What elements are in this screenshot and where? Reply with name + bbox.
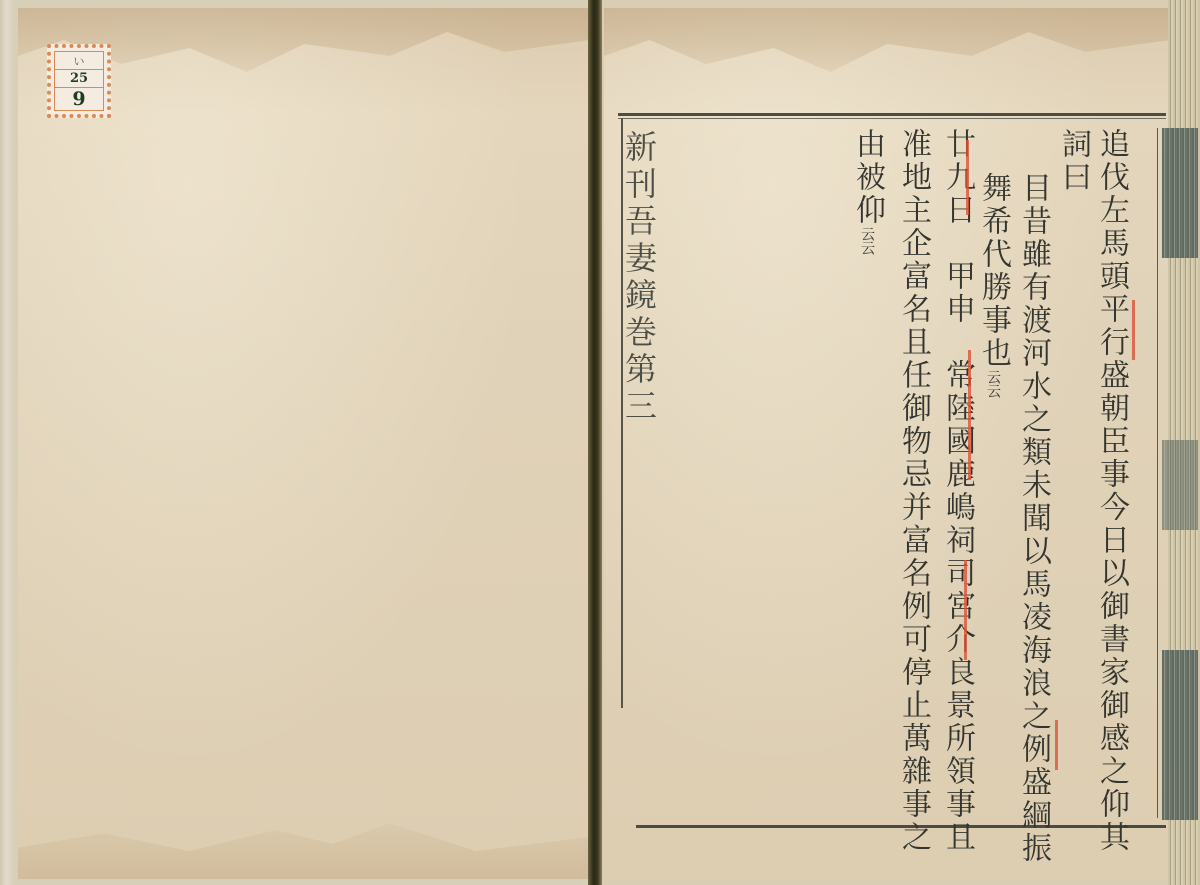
column-4-note: 云云	[985, 370, 1001, 398]
red-annotation-mark	[1132, 300, 1135, 360]
text-column-4: 舞希代勝事也云云	[978, 172, 1008, 398]
text-column-5: 廿九日 甲申 常陸國鹿嶋祠司宮介良景所領事且	[942, 128, 972, 854]
water-stain-bottom	[18, 809, 590, 879]
water-stain-top	[604, 8, 1170, 88]
column-7-main: 由被仰	[850, 128, 885, 227]
volume-title: 新刊吾妻鏡巻第三	[623, 130, 655, 426]
label-kana: い	[55, 52, 103, 70]
red-annotation-mark	[966, 140, 969, 215]
text-column-2: 詞曰	[1058, 128, 1088, 194]
frame-border-right	[1157, 128, 1158, 818]
library-label: い 25 9	[47, 44, 111, 118]
book-spread: い 25 9 新刊吾妻鏡巻第三 追伐左馬頭平行盛朝臣事今日以御書家御感之仰其 詞…	[0, 0, 1200, 885]
label-number-bottom: 9	[55, 88, 103, 110]
edge-ink-block	[1162, 440, 1198, 530]
label-number-top: 25	[55, 70, 103, 88]
edge-ink-block	[1162, 128, 1198, 258]
text-column-3: 目昔雖有渡河水之類未聞以馬凌海浪之例盛綱振	[1018, 172, 1048, 865]
red-annotation-mark	[964, 560, 967, 660]
column-7-note: 云云	[859, 227, 875, 255]
red-annotation-mark	[1055, 720, 1058, 770]
text-column-6: 准地主企富名且任御物忌并富名例可停止萬雜事之	[898, 128, 928, 854]
column-4-main: 舞希代勝事也	[976, 172, 1011, 370]
frame-border-top-inner	[618, 118, 1166, 119]
text-column-7: 由被仰云云	[852, 128, 882, 255]
red-annotation-mark	[968, 350, 971, 480]
book-gutter	[588, 0, 602, 885]
edge-ink-block	[1162, 650, 1198, 820]
text-column-1: 追伐左馬頭平行盛朝臣事今日以御書家御感之仰其	[1096, 128, 1126, 854]
frame-border-top	[618, 113, 1166, 116]
left-page	[18, 8, 590, 879]
